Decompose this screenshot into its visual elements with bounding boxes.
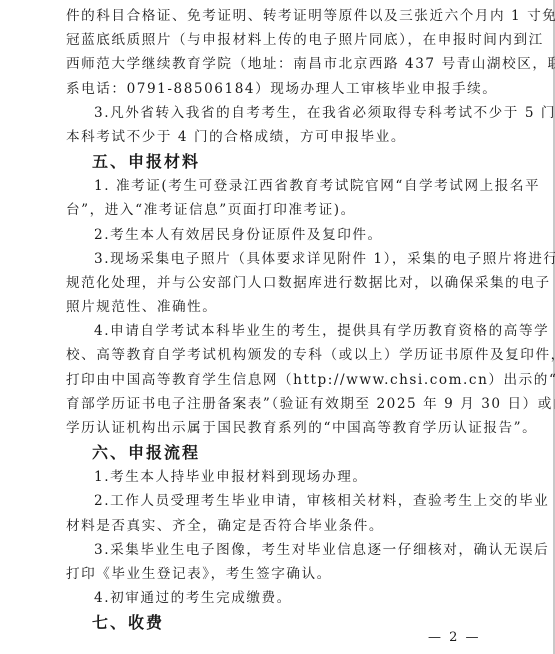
text-line: 3.采集毕业生电子图像，考生对毕业信息逐一仔细核对，确认无误后 bbox=[66, 538, 462, 562]
section-heading-materials: 五、申报材料 bbox=[66, 149, 462, 174]
text-line: 4.申请自学考试本科毕业生的考生，提供具有学历教育资格的高等学 bbox=[66, 319, 462, 343]
process-item-3: 3.采集毕业生电子图像，考生对毕业信息逐一仔细核对，确认无误后 打印《毕业生登记… bbox=[66, 538, 462, 586]
text-line: 3.凡外省转入我省的自考考生，在我省必须取得专科考试不少于 5 门、 bbox=[66, 101, 462, 125]
document-body: 件的科目合格证、免考证明、转考证明等原件以及三张近六个月内 1 寸免 冠蓝底纸质… bbox=[66, 4, 462, 635]
section-heading-process: 六、申报流程 bbox=[66, 440, 462, 465]
text-line: 件的科目合格证、免考证明、转考证明等原件以及三张近六个月内 1 寸免 bbox=[66, 4, 462, 28]
text-line: 4.初审通过的考生完成缴费。 bbox=[66, 586, 462, 610]
text-line: 2.考生本人有效居民身份证原件及复印件。 bbox=[66, 223, 462, 247]
materials-item-4: 4.申请自学考试本科毕业生的考生，提供具有学历教育资格的高等学 校、高等教育自学… bbox=[66, 319, 462, 440]
materials-item-3: 3.现场采集电子照片（具体要求详见附件 1），采集的电子照片将进行 规范化处理，… bbox=[66, 247, 462, 320]
text-line: 西师范大学继续教育学院（地址：南昌市北京西路 437 号青山湖校区，联 bbox=[66, 52, 462, 76]
process-item-1: 1.考生本人持毕业申报材料到现场办理。 bbox=[66, 465, 462, 489]
text-line: 规范化处理，并与公安部门人口数据库进行数据比对，以确保采集的电子 bbox=[66, 271, 462, 295]
text-line: 校、高等教育自学考试机构颁发的专科（或以上）学历证书原件及复印件， bbox=[66, 343, 462, 367]
materials-item-2: 2.考生本人有效居民身份证原件及复印件。 bbox=[66, 223, 462, 247]
materials-item-1: 1. 准考证(考生可登录江西省教育考试院官网“自学考试网上报名平 台”，进入“准… bbox=[66, 174, 462, 222]
text-line: 系电话：0791-88506184）现场办理人工审核毕业申报手续。 bbox=[66, 77, 462, 101]
text-line: 打印由中国高等教育学生信息网（http://www.chsi.com.cn）出示… bbox=[66, 368, 462, 392]
paragraph-continued: 件的科目合格证、免考证明、转考证明等原件以及三张近六个月内 1 寸免 冠蓝底纸质… bbox=[66, 4, 462, 101]
section-heading-fees: 七、收费 bbox=[66, 610, 462, 635]
process-item-2: 2.工作人员受理考生毕业申请，审核相关材料，查验考生上交的毕业 材料是否真实、齐… bbox=[66, 489, 462, 537]
text-line: 材料是否真实、齐全，确定是否符合毕业条件。 bbox=[66, 514, 462, 538]
text-line: 1. 准考证(考生可登录江西省教育考试院官网“自学考试网上报名平 bbox=[66, 174, 462, 198]
text-line: 1.考生本人持毕业申报材料到现场办理。 bbox=[66, 465, 462, 489]
paragraph-out-of-province: 3.凡外省转入我省的自考考生，在我省必须取得专科考试不少于 5 门、 本科考试不… bbox=[66, 101, 462, 149]
document-page: 件的科目合格证、免考证明、转考证明等原件以及三张近六个月内 1 寸免 冠蓝底纸质… bbox=[0, 0, 555, 654]
text-line: 3.现场采集电子照片（具体要求详见附件 1），采集的电子照片将进行 bbox=[66, 247, 462, 271]
text-line: 照片规范性、准确性。 bbox=[66, 295, 462, 319]
text-line: 学历认证机构出示属于国民教育系列的“中国高等教育学历认证报告”。 bbox=[66, 416, 462, 440]
text-line: 打印《毕业生登记表》，考生签字确认。 bbox=[66, 562, 462, 586]
text-line: 本科考试不少于 4 门的合格成绩，方可申报毕业。 bbox=[66, 125, 462, 149]
text-line: 育部学历证书电子注册备案表”（验证有效期至 2025 年 9 月 30 日）或由 bbox=[66, 392, 462, 416]
text-line: 2.工作人员受理考生毕业申请，审核相关材料，查验考生上交的毕业 bbox=[66, 489, 462, 513]
text-line: 冠蓝底纸质照片（与申报材料上传的电子照片同底），在申报时间内到江 bbox=[66, 28, 462, 52]
process-item-4: 4.初审通过的考生完成缴费。 bbox=[66, 586, 462, 610]
text-line: 台”，进入“准考证信息”页面打印准考证)。 bbox=[66, 198, 462, 222]
page-number: — 2 — bbox=[428, 630, 481, 645]
